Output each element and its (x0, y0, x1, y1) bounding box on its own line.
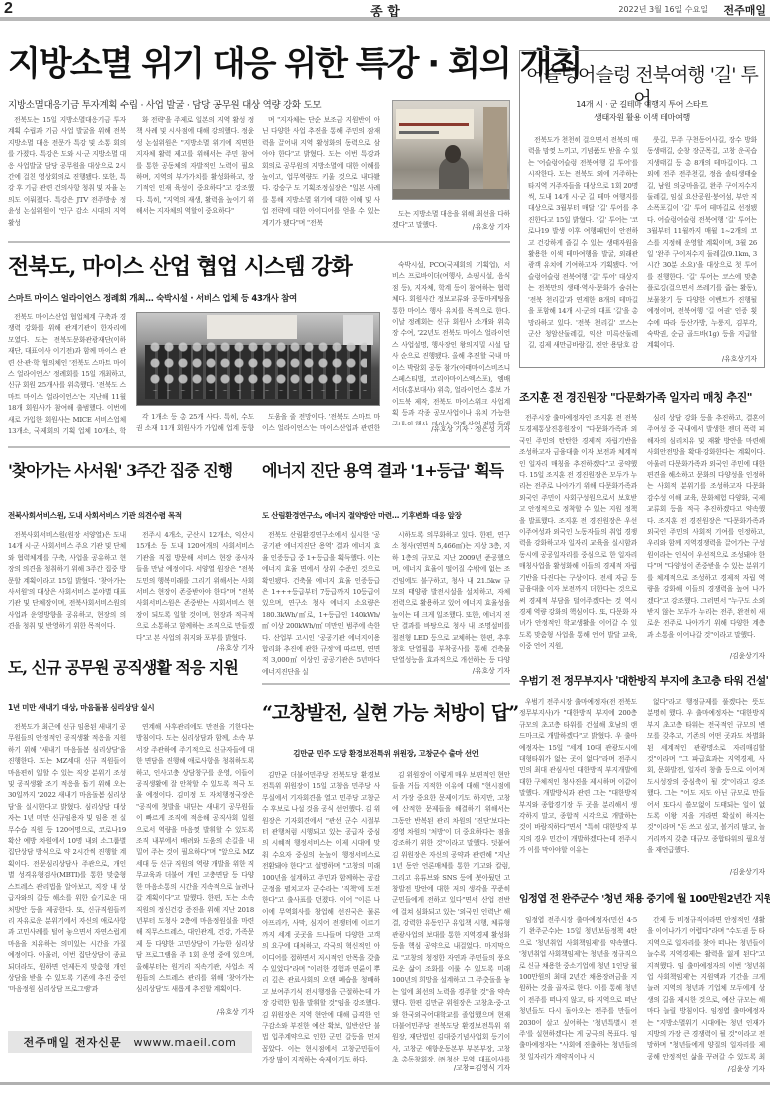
article-column: 없다"라고 행정규제를 풀겠다는 뜻도 분명히 했다. 우 출마예정자는 "대한… (647, 697, 765, 857)
divider (8, 241, 510, 243)
headline: 도, 신규 공무원 공직생활 적응 지원 (8, 657, 238, 679)
subheadline: 도 산림환경연구소, 에너지 절약방안 마련… 기후변화 대응 앞장 (262, 510, 462, 521)
byline: /유호상기자 (647, 353, 757, 363)
article-column: 숙박시설, PCO(국제회의 기획업), 서비스 프로바이더(여행사, 쇼핑시설… (392, 260, 510, 425)
byline: /유호상 기자 (392, 221, 510, 231)
headline: “고창발전, 실현 가능 처방이 답” (262, 700, 510, 726)
subheadline: 지방소멸대응기금 투자계획 수립 · 사업 발굴 · 담당 공무원 대상 역량 … (8, 97, 321, 111)
headline: '찾아가는 사서원' 3주간 집중 진행 (8, 460, 232, 482)
article-column: 전북도는 15일 지방소멸대응기금 투자계획 수립과 기금 사업 발굴을 위해 … (8, 115, 126, 255)
headline: 우범기 전 정무부지사 '대한방직 부지에 초고층 타워 건설' (519, 673, 768, 689)
article-column: 우범기 전주시장 출마예정자(전 전북도 정무부지사)가 "대한방직 부지에 2… (519, 697, 637, 867)
article-column: 전북도 산림환경연구소에서 실시한 '공공기관 에너지진단 용역' 결과 에너지… (262, 530, 380, 678)
headline: 에너지 진단 용역 결과 '1+등급' 획득 (262, 460, 503, 482)
boxed-article-travel: 어슬렁어슬렁 전북여행 '길' 투어 14개 시 · 군 길테마 여행지 투어 … (519, 50, 765, 368)
newspaper-brand: 전주매일 (723, 2, 766, 18)
article-column: 김만균 더불어민주당 전북도당 환경보전특위 위원장이 15일 고창읍 민주당 … (262, 770, 380, 1074)
headline: 지방소멸 위기 대응 위한 특강 · 회의 개최 (8, 44, 581, 84)
headline: 조지훈 전 경진원장 "다문화가족 일자리 매칭 추진" (519, 390, 752, 406)
article-column: 도움을 줄 전망이다. '전북도 스마트 마이스 얼라이언스'는 마이스산업과 … (262, 412, 380, 436)
article-photo (392, 100, 510, 200)
article-column: 시하도록 의무화하고 있다. 한편, 연구소 청사(연면적 5,466㎡)는 지… (392, 530, 510, 666)
byline: /김윤상 기자 (647, 1063, 765, 1073)
byline: /고창=김영식 기자 (392, 1062, 510, 1072)
article-column: 각 1개소 등 총 25개 사다. 특히, 수도권 소재 11개 회원사가 가입… (136, 412, 254, 436)
article-column: 전주시 4개소, 군산시 12개소, 익산시 15개소 등 도내 120여개의 … (136, 530, 254, 642)
masthead: 2 종 합 2022년 3월 16일 수요일 전주매일 (0, 0, 770, 18)
divider (262, 683, 510, 685)
article-column: 임정엽 전주시장 출마예정자(민선 4·5기 완주군수)는 15일 청년보듬정책… (519, 915, 637, 1075)
headline: 전북도, 마이스 산업 협업 시스템 강화 (8, 253, 352, 281)
article-column: 김 위원장이 이렇게 매우 보편적인 현안들을 거듭 지적한 이유에 대해 "현… (392, 770, 510, 1062)
article-column: 심리 상담 강화 등을 추진하고, 결혼이주여성 중 국내에서 발생한 젠더 폭… (647, 413, 765, 649)
byline: /김윤상기자 (647, 866, 765, 876)
e-newspaper-banner[interactable]: 전주매일 전자신문 wwww.maeil.com (8, 1031, 252, 1053)
byline: /유호상 기자 (392, 665, 510, 675)
subheadline: 스마트 마이스 얼라이언스 정례회 개최… 숙박시설 · 서비스 업체 등 43… (8, 292, 297, 304)
subheadline: 1년 미만 새내기 대상, 마음돌봄 심리상담 실시 (8, 702, 154, 713)
subheadline: 생태자원 활용 이색 테마여행 (520, 112, 764, 123)
issue-date: 2022년 3월 16일 수요일 (618, 4, 708, 15)
subheadline: 전북사회서비스원, 도내 사회서비스 기관 의견수렴 목적 (8, 510, 182, 521)
article-column: 화 전략'을 주제로 일본의 지역 활성 정책 사례 및 시사점에 대해 강의했… (136, 115, 254, 255)
masthead-rule (0, 17, 770, 21)
article-column: 전북사회서비스원(원장 서양열)은 도내 14개 시·군 사회서비스 주요 기관… (8, 530, 126, 654)
byline: /유호상 기자 (136, 642, 254, 652)
article-column: 며 "지자체는 단순 보조금 지원반이 아닌 다양한 사업 추진을 통해 주민의… (262, 115, 380, 255)
byline: /유호상 기자 · 정은성 기자 (392, 423, 510, 433)
headline: 임정엽 전 완주군수 '청년 채용 중기에 월 100만원2년간 지원' (519, 892, 770, 908)
group-photo (136, 312, 380, 406)
subheadline: 14개 시 · 군 길테마 여행지 투어 스타트 (520, 99, 764, 110)
article-column: 전북도 마이스산업 협업체계 구축과 경쟁력 강화를 위해 관계기관이 한자리에… (8, 312, 126, 436)
article-column: 전북도가 최근에 신규 임용된 새내기 공무원들의 안정적인 공직생활 적응을 … (8, 722, 126, 1018)
banner-label: 전주매일 전자신문 (24, 1034, 122, 1050)
bottom-rule (0, 1082, 770, 1085)
article-column: 전주시장 출마예정자인 조지훈 전 전북도경제통상진흥원장이 "다문화가족과 외… (519, 413, 637, 661)
subheadline: 김만균 민주 도당 환경보전특위 위원장, 고창군수 출마 선언 (262, 748, 510, 759)
article-column: 전북도가 천천히 걸으면서 전북의 매력을 맘껏 느끼고, 기념품도 받을 수 … (528, 135, 638, 351)
article-column: 연계해 사후관리에도 만전을 기한다는 방침이다. 도는 심리상담과 함께, 소… (136, 722, 254, 1006)
byline: /유호상 기자 (136, 1006, 254, 1016)
article-column: 룻길, 무주 구천동어사길, 장수 방화동생태길, 순창 장군목길, 고창 운곡… (647, 135, 757, 351)
divider (8, 446, 510, 448)
byline: /김윤상기자 (647, 650, 765, 660)
website-link[interactable]: wwww.maeil.com (134, 1036, 237, 1049)
article-column: 간제 등 비정규직이라면 안정적인 생활을 이어나가기 어렵다"라며 "수도권 … (647, 915, 765, 1063)
